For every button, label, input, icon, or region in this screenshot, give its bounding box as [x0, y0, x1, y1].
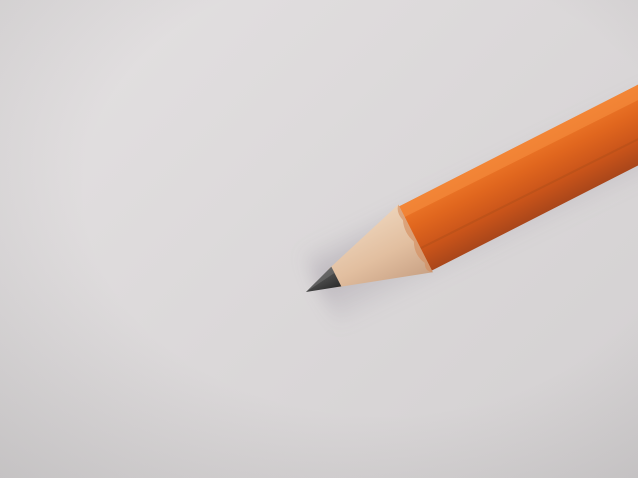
answer-sheet-photo — [0, 0, 638, 478]
bubble-answer-sheet — [0, 0, 638, 478]
